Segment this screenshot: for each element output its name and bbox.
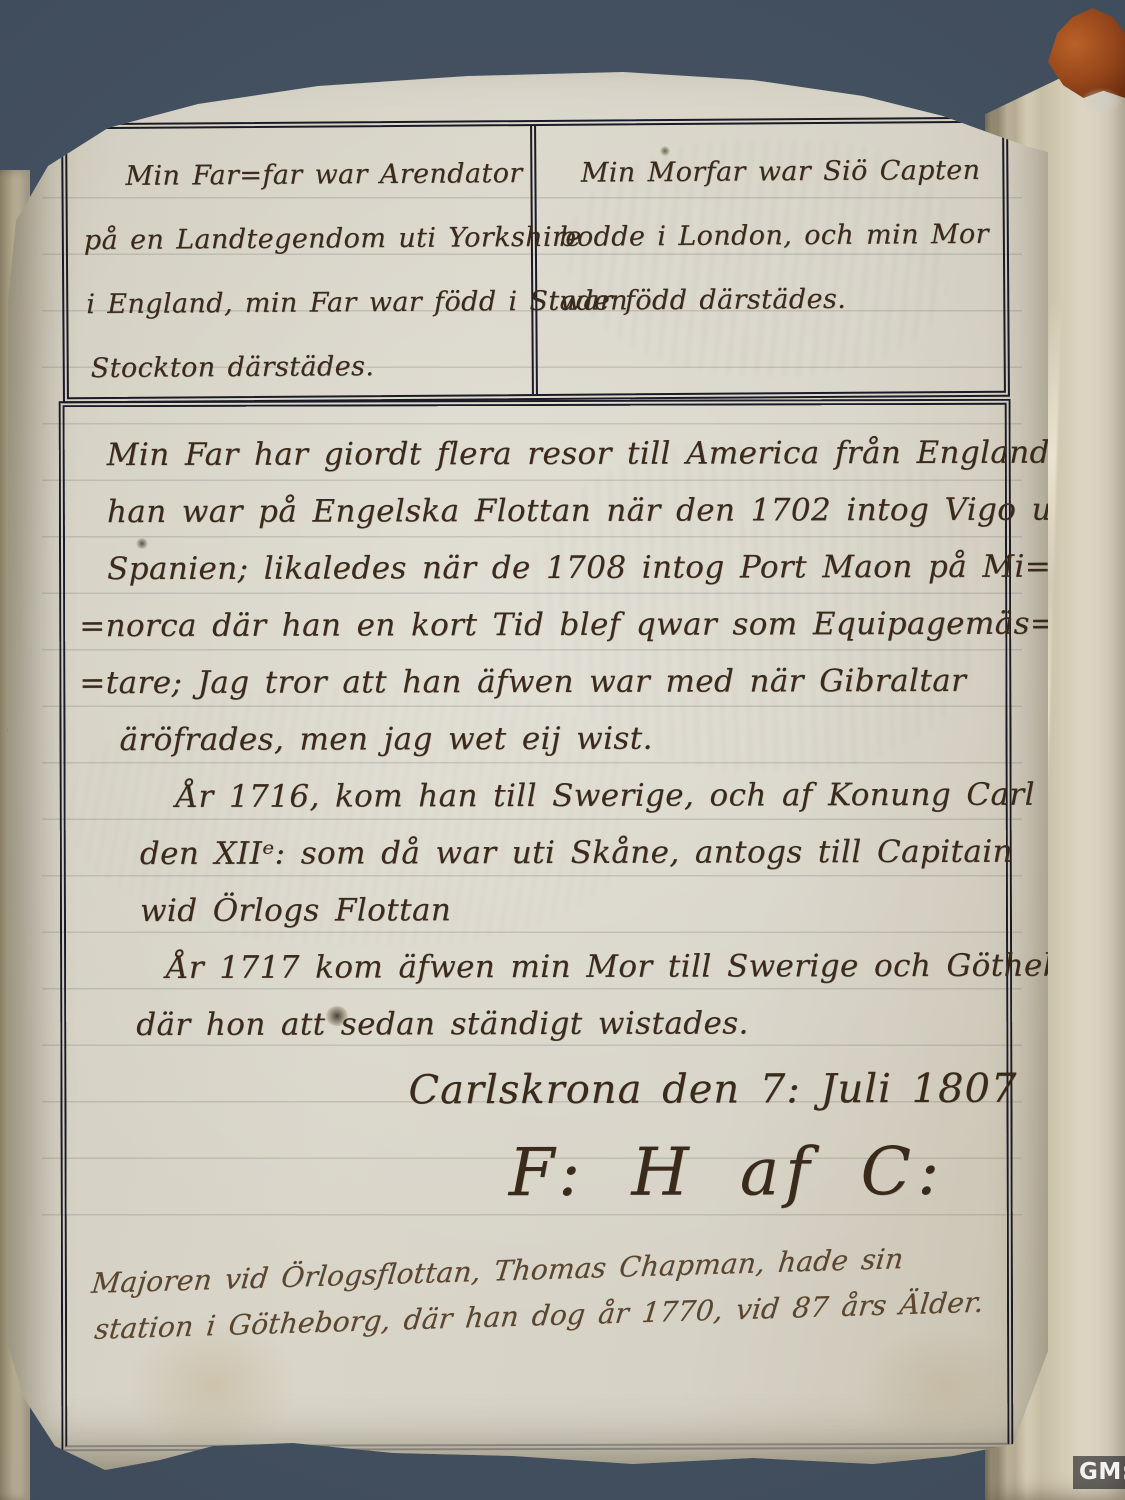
handwritten-line: den XIIᵉ: som då war uti Skåne, antogs t… — [140, 824, 1006, 883]
binding-fluff — [1080, 88, 1122, 114]
handwritten-line: =tare; Jag tror att han äfwen war med nä… — [79, 653, 1005, 712]
handwritten-line: Stockton därstädes. — [91, 334, 533, 401]
handwritten-line: Min Morfar war Siö Capten — [581, 139, 1003, 206]
handwritten-line: wid Örlogs Flottan — [140, 881, 1006, 940]
signature: F: H af C: — [509, 1124, 1007, 1221]
museum-id-badge: GM:529 — [1073, 1456, 1125, 1489]
handwritten-line: war född därstädes. — [559, 267, 1003, 334]
genealogy-table: Min Far=far war Arendator på en Landtege… — [61, 117, 1010, 404]
handwritten-line: där hon att sedan ständigt wistades. — [136, 995, 1006, 1054]
handwritten-line: Min Far har giordt flera resor till Amer… — [107, 425, 1005, 484]
handwritten-line: i England, min Far war född i Staden — [86, 270, 532, 337]
handwritten-line: på en Landtegendom uti Yorkshire — [84, 206, 532, 273]
handwritten-line: Min Far=far war Arendator — [125, 142, 531, 209]
table-cell-morfar: Min Morfar war Siö Capten bodde i London… — [536, 123, 1004, 394]
handwritten-line: han war på Engelska Flottan när den 1702… — [107, 482, 1005, 541]
manuscript-page: Min Far=far war Arendator på en Landtege… — [8, 46, 1048, 1470]
handwritten-line: Spanien; likaledes när de 1708 intog Por… — [107, 539, 1005, 598]
handwritten-line: =norca där han en kort Tid blef qwar som… — [79, 596, 1005, 655]
table-cell-farfar: Min Far=far war Arendator på en Landtege… — [67, 126, 538, 397]
photograph-of-manuscript: Min Far=far war Arendator på en Landtege… — [0, 0, 1125, 1500]
handwritten-line: År 1717 kom äfwen min Mor till Swerige o… — [166, 938, 1006, 997]
handwritten-line: bodde i London, och min Mor — [559, 203, 1003, 270]
handwritten-line: År 1716, kom han till Swerige, och af Ko… — [176, 767, 1006, 826]
archivist-note: Majoren vid Örlogsflottan, Thomas Chapma… — [84, 1233, 1012, 1353]
handwritten-line: äröfrades, men jag wet eij wist. — [119, 710, 1005, 769]
biography-box: Min Far har giordt flera resor till Amer… — [59, 399, 1014, 1451]
dateline: Carlskrona den 7: Juli 1807 — [408, 1060, 946, 1119]
